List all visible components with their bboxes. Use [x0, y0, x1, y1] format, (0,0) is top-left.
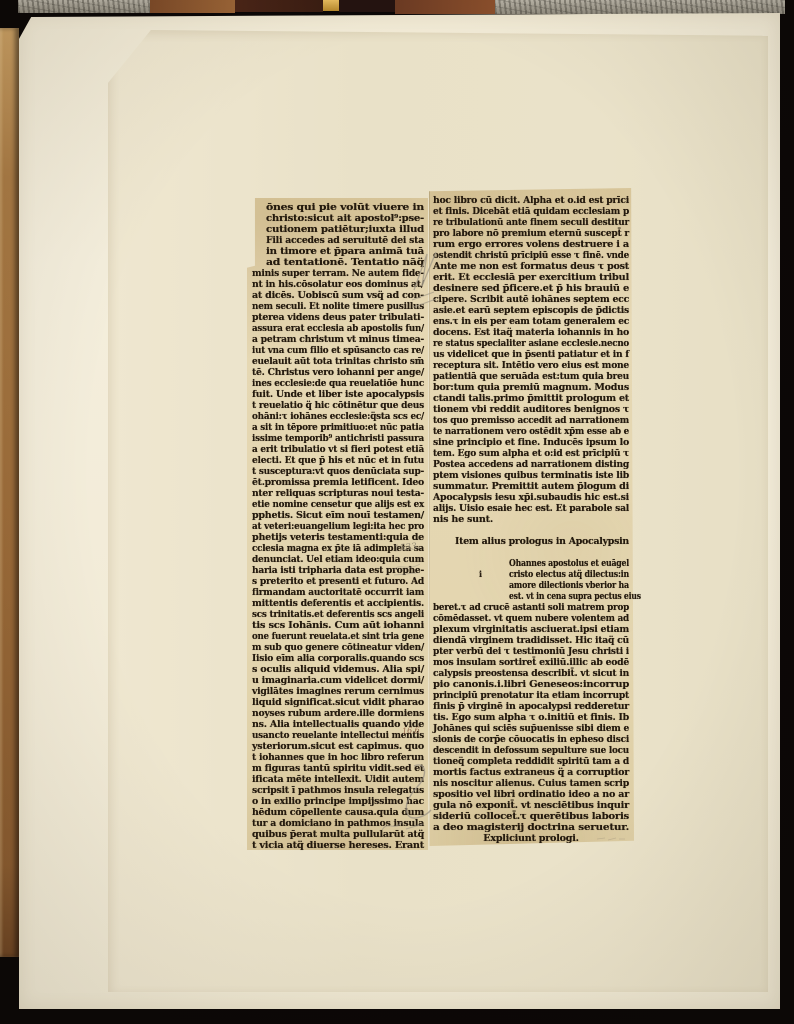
text-line: sine principio et fine. Inducēs ipsum lo	[433, 437, 629, 448]
text-line: u imaginaria.cum videlicet dormi/	[252, 675, 424, 686]
text-line: desinere sed p̄ficere.et p̄ his brauiū e	[433, 283, 629, 294]
text-line: ad tentationē. Tentatio nāq̈	[252, 257, 424, 268]
text-line: patientiā que seruāda est:tum quia breu	[433, 371, 629, 382]
text-line: fuit. Unde et liber iste apocalypsis	[252, 389, 424, 400]
text-line: minis super terram. Ne autem fide-	[252, 268, 424, 279]
text-line: ysteriorum.sicut est capimus. quo	[252, 741, 424, 752]
text-line: assura erat ecclesia ab apostolis fun/	[252, 323, 424, 334]
text-line: christo:sicut ait apostol⁹:pse-	[252, 213, 424, 224]
text-line: ns. Alia intellectualis quando vide	[252, 719, 424, 730]
text-line: tioneq̈ completa reddidit spiritū tam a …	[433, 756, 629, 767]
text-line: firmandam auctoritatē occurrit iam	[252, 587, 424, 598]
text-line: te narrationem vero ostēdit xp̄m esse ab…	[433, 426, 629, 437]
text-line: ptem visiones quibus terminatis iste lib	[433, 470, 629, 481]
text-line: ohāni:τ iohānes ecclesie:q̈sta scs ec/	[252, 411, 424, 422]
text-line: scs trinitatis.et deferentis scs angeli	[252, 609, 424, 620]
text-line	[433, 525, 629, 536]
pencil-scribble-bottom	[378, 812, 430, 838]
photograph-of-mounted-incunable-leaf: ōnes qui pie volūt viuere inchristo:sicu…	[0, 0, 794, 1024]
text-line	[433, 547, 629, 558]
text-line: finis p̄ virginē in apocalypsi redderetu…	[433, 701, 629, 712]
text-line: cristo electus atq̈ dilectus:in	[433, 569, 629, 580]
text-line: gula nō exponit̄. vt nesciētibus inquir	[433, 800, 629, 811]
text-line: nis he sunt.	[433, 514, 629, 525]
text-line: receptura sit. Intētio vero eius est mon…	[433, 360, 629, 371]
text-line: tos quo premisso accedit ad narrationem	[433, 415, 629, 426]
text-line: etie nomine censetur que alijs est ex	[252, 499, 424, 510]
text-line: euelauit aūt tota trinitas christo sm̄	[252, 356, 424, 367]
text-line: a erit tribulatio vt si fieri potest eti…	[252, 444, 424, 455]
text-line: Fili accedes ad seruitutē dei sta	[252, 235, 424, 246]
background-shadow-top	[339, 0, 395, 12]
text-line: Johānes qui sciēs sup̄uenisse sibi diem …	[433, 723, 629, 734]
text-line: issime temporib⁹ antichristi passura	[252, 433, 424, 444]
text-line: liquid significat.sicut vidit pharao	[252, 697, 424, 708]
text-line: vigilātes imagines rerum cernimus	[252, 686, 424, 697]
background-engraving-right	[495, 0, 785, 14]
text-line: re status specialiter asiane ecclesie.ne…	[433, 338, 629, 349]
text-line: t vicia atq̈ diuerse hereses. Erant	[252, 840, 424, 851]
text-line: Ohannes apostolus et euāgel	[433, 558, 629, 569]
drop-cap-guide-letter: i	[479, 569, 482, 579]
text-line: ōnes qui pie volūt viuere in	[252, 202, 424, 213]
pencil-mark-check	[408, 246, 442, 310]
wood-frame-edge	[0, 28, 19, 957]
text-line: hoc libro cū dicit. Alpha et o.id est pr…	[433, 195, 629, 206]
text-line: sideriū collocet̄.τ querētibus laboris	[433, 811, 629, 822]
text-line: diendā virginem tradidisset. Hic itaq̈ c…	[433, 635, 629, 646]
text-line: nt in his.cōsolatur eos dominus at/	[252, 279, 424, 290]
text-line: nem seculi. Et nolite timere pusillus	[252, 301, 424, 312]
text-line: pterea videns deus pater tribulati-	[252, 312, 424, 323]
text-line: at dicēs. Uobiscū sum vsq̈ ad con-	[252, 290, 424, 301]
text-line: a petram christum vt minus timea-	[252, 334, 424, 345]
text-line: pro labore nō premium eternū suscept̄ r	[433, 228, 629, 239]
text-line: Postea accedens ad narrationem disting	[433, 459, 629, 470]
text-line: cipere. Scribit autē iohānes septem ecc	[433, 294, 629, 305]
gold-sliver	[323, 0, 339, 11]
text-line: at veteri:euangelium legi:ita hec pro	[252, 521, 424, 532]
text-line: docens. Est itaq̈ materia iohannis in ho	[433, 327, 629, 338]
text-line: nis noscitur alienus. Cuius tamen scrip	[433, 778, 629, 789]
text-line: noyses rubum ardere.ille dormiens	[252, 708, 424, 719]
text-line: tis scs Iohānis. Cum aūt iohanni	[252, 620, 424, 631]
text-line: spositio vel libri ordinatio ideo a no a…	[433, 789, 629, 800]
text-line: s oculis aliquid videmus. Alia spi/	[252, 664, 424, 675]
text-line: summatur. Premittit autem p̄logum di	[433, 481, 629, 492]
text-line: one fuerunt reuelata.et sint tria gene	[252, 631, 424, 642]
text-line: ens.τ in eis per eam totam generalem ec	[433, 316, 629, 327]
text-line: ines ecclesie:de qua reuelatiōe hunc	[252, 378, 424, 389]
wood-shelf-top-dark	[235, 0, 323, 12]
text-line: Iisio eīm alia corporalis.quando scs	[252, 653, 424, 664]
text-line: mos insulam sortiret̄ exiliū.illic ab eo…	[433, 657, 629, 668]
prologue-heading-line: Item alius prologus in Apocalypsin	[433, 536, 629, 547]
background-engraving-left	[18, 0, 150, 13]
text-line: alijs. Uisio esaie hec est. Et parabole …	[433, 503, 629, 514]
text-line: cōmēdasset. vt quem nubere volentem ad	[433, 613, 629, 624]
text-line: pphetis. Sicut eīm nouī testamen/	[252, 510, 424, 521]
text-line: m sub quo genere cōtineatur viden/	[252, 642, 424, 653]
pencil-scribble-under-year	[392, 560, 424, 578]
text-line: tis. Ego sum alpha τ o.initiū et finis. …	[433, 712, 629, 723]
text-line: a sit in tēpore primitiuo:et nūc patia	[252, 422, 424, 433]
wood-shelf-top-left	[150, 0, 235, 13]
handwritten-reference-note: 16.6	[402, 725, 420, 735]
text-line: in timore et p̄para animā tuā	[252, 246, 424, 257]
text-line: electi. Et que p̄ his et nūc et in futu	[252, 455, 424, 466]
text-line: principiū prenotatur ita etiam incorrupt	[433, 690, 629, 701]
text-line: t reuelatio q̈ hic cōtinētur que deus	[252, 400, 424, 411]
text-line: est. vt in cena supra pectus eius	[433, 591, 629, 602]
text-line: tionem vbi reddit auditores benignos τ	[433, 404, 629, 415]
text-line: erit. Et ecclesiā per exercitium tribul	[433, 272, 629, 283]
text-line: sionis de corp̄e cōuocatis in epheso dis…	[433, 734, 629, 745]
text-line: mittentis deferentis et accipientis.	[252, 598, 424, 609]
text-line: ctandi talis.primo p̄mittit prologum et	[433, 393, 629, 404]
text-line: phetijs veteris testamenti:quia de	[252, 532, 424, 543]
text-line: Ante me non est formatus deus τ post	[433, 261, 629, 272]
text-line: us videlicet que in p̄senti patiatur et …	[433, 349, 629, 360]
faint-imprint-mark	[596, 835, 626, 843]
text-line: tē. Christus vero iohanni per ange/	[252, 367, 424, 378]
text-line: tem. Ego sum alpha et o:id est prīcipiū …	[433, 448, 629, 459]
text-line: beret.τ ad crucē astanti soli matrem pro…	[433, 602, 629, 613]
text-line: Apocalypsis iesu xp̄i.subaudis hic est.s…	[433, 492, 629, 503]
right-text-column: i hoc libro cū dicit. Alpha et o.id est …	[433, 195, 629, 844]
left-text-column: ōnes qui pie volūt viuere inchristo:sicu…	[252, 202, 424, 851]
text-line: bor:tum quia premiū magnum. Modus	[433, 382, 629, 393]
text-line: t susceptura:vt quos denūciata sup-	[252, 466, 424, 477]
text-line: plexum virginitatis asciuerat.ipsi etiam	[433, 624, 629, 635]
text-line: calypsis preostensa describit̄. vt sicut…	[433, 668, 629, 679]
text-line: iut vna cum filio et spūsancto cas re/	[252, 345, 424, 356]
text-line: ēt.promissa premia letificent. Ideo	[252, 477, 424, 488]
text-line: mortis factus extraneus q̈ a corruptior	[433, 767, 629, 778]
text-line: et finis. Dicebāt etiā quidam ecclesiam …	[433, 206, 629, 217]
text-line: a deo magisterij doctrina seruetur.	[433, 822, 629, 833]
text-line: cutionem patiētur;iuxta illud	[252, 224, 424, 235]
text-line: re tribulationū ante finem seculi destit…	[433, 217, 629, 228]
text-line: descendit in defossum sepulture sue locu	[433, 745, 629, 756]
text-line: amore dilectionis vberior ha	[433, 580, 629, 591]
text-line: pter verbū dei τ testimoniū Jesu christi…	[433, 646, 629, 657]
text-line: rum ergo errores volens destruere i a	[433, 239, 629, 250]
text-line: pio canonis.i.libri Geneseos:incorrup	[433, 679, 629, 690]
text-line: nter reliquas scripturas noui testa-	[252, 488, 424, 499]
text-line: asie.et earū septem episcopis de p̄dicti…	[433, 305, 629, 316]
text-line: usancto reuelante intellectui mentis	[252, 730, 424, 741]
text-line: ostendit christū prīcipiū esse τ finē. v…	[433, 250, 629, 261]
wood-shelf-top-right	[395, 0, 495, 14]
